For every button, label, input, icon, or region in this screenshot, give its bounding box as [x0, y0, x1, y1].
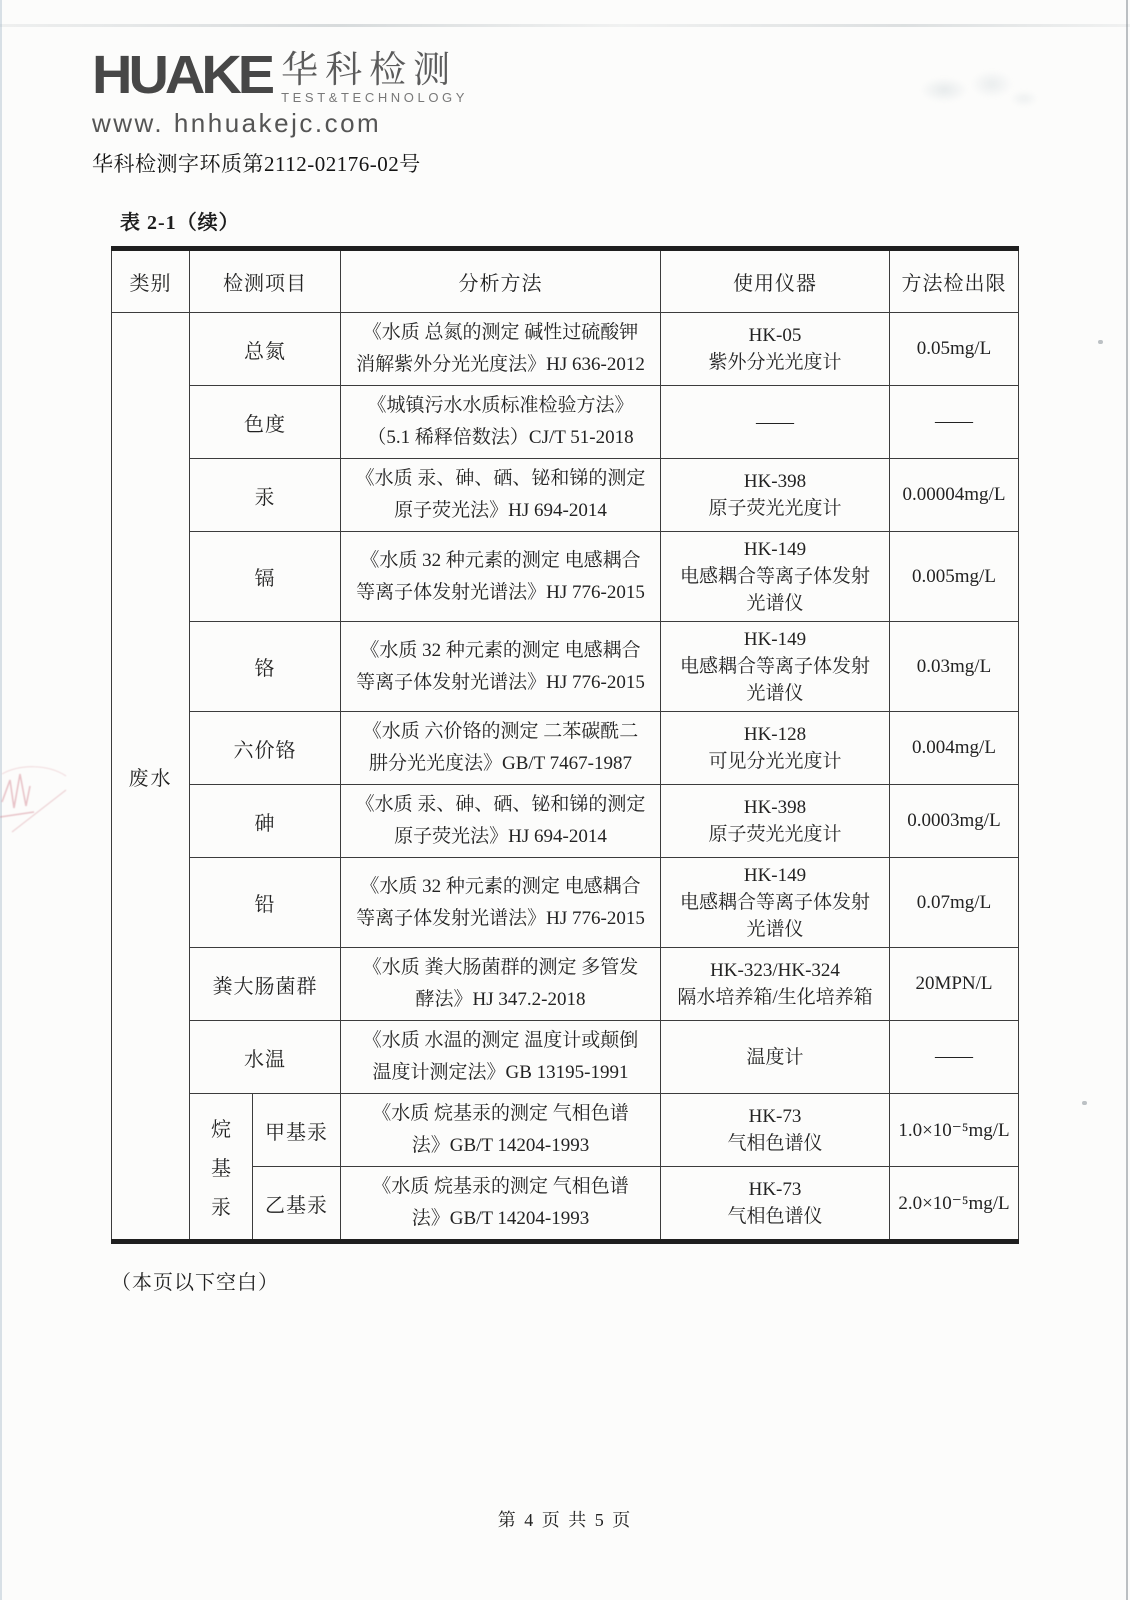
limit-cell: 0.00004mg/L — [890, 459, 1019, 532]
instrument-cell: HK-149电感耦合等离子体发射光谱仪 — [661, 622, 890, 712]
red-stamp-bleed-strokes — [0, 762, 70, 842]
item-cell: 总氮 — [190, 313, 341, 386]
item-cell: 色度 — [190, 386, 341, 459]
table-row: 六价铬《水质 六价铬的测定 二苯碳酰二肼分光光度法》GB/T 7467-1987… — [112, 712, 1019, 785]
header-category: 类别 — [112, 249, 190, 313]
method-cell: 《水质 总氮的测定 碱性过硫酸钾消解紫外分光光度法》HJ 636-2012 — [341, 313, 661, 386]
method-cell: 《水质 烷基汞的测定 气相色谱法》GB/T 14204-1993 — [341, 1094, 661, 1167]
item-cell: 砷 — [190, 785, 341, 858]
method-cell: 《水质 32 种元素的测定 电感耦合等离子体发射光谱法》HJ 776-2015 — [341, 858, 661, 948]
red-stamp-bleed-mark — [0, 762, 70, 842]
table-row: 铅《水质 32 种元素的测定 电感耦合等离子体发射光谱法》HJ 776-2015… — [112, 858, 1019, 948]
limit-cell: 0.05mg/L — [890, 313, 1019, 386]
limit-cell: 2.0×10⁻⁵mg/L — [890, 1167, 1019, 1242]
scan-streak-top — [0, 24, 1130, 27]
lab-table-body: 废水总氮《水质 总氮的测定 碱性过硫酸钾消解紫外分光光度法》HJ 636-201… — [112, 313, 1019, 1242]
table-row: 烷基汞甲基汞《水质 烷基汞的测定 气相色谱法》GB/T 14204-1993HK… — [112, 1094, 1019, 1167]
limit-cell: 0.03mg/L — [890, 622, 1019, 712]
item-cell: 六价铬 — [190, 712, 341, 785]
item-cell: 汞 — [190, 459, 341, 532]
method-cell: 《水质 32 种元素的测定 电感耦合等离子体发射光谱法》HJ 776-2015 — [341, 622, 661, 712]
limit-cell: 0.0003mg/L — [890, 785, 1019, 858]
item-cell: 镉 — [190, 532, 341, 622]
logo-website: www. hnhuakejc.com — [92, 108, 468, 139]
limit-cell: —— — [890, 1021, 1019, 1094]
scan-edge-right — [1126, 0, 1128, 1600]
instrument-cell: HK-73气相色谱仪 — [661, 1094, 890, 1167]
logo-wordmark: HUAKE — [92, 51, 271, 99]
item-cell: 铬 — [190, 622, 341, 712]
instrument-cell: HK-323/HK-324隔水培养箱/生化培养箱 — [661, 948, 890, 1021]
instrument-cell: HK-398原子荧光光度计 — [661, 785, 890, 858]
alkyl-group-cell: 烷基汞 — [190, 1094, 253, 1242]
header-analysis-method: 分析方法 — [341, 249, 661, 313]
scan-speck — [1082, 1101, 1087, 1105]
limit-cell: 0.005mg/L — [890, 532, 1019, 622]
limit-cell: 1.0×10⁻⁵mg/L — [890, 1094, 1019, 1167]
instrument-cell: HK-149电感耦合等离子体发射光谱仪 — [661, 532, 890, 622]
header-instrument: 使用仪器 — [661, 249, 890, 313]
method-cell: 《水质 32 种元素的测定 电感耦合等离子体发射光谱法》HJ 776-2015 — [341, 532, 661, 622]
instrument-cell: HK-73气相色谱仪 — [661, 1167, 890, 1242]
logo-chinese-name: 华科检测 — [281, 52, 468, 89]
instrument-cell: 温度计 — [661, 1021, 890, 1094]
header-test-item: 检测项目 — [190, 249, 341, 313]
page-number: 第 4 页 共 5 页 — [0, 1506, 1130, 1532]
table-row: 色度《城镇污水水质标准检验方法》（5.1 稀释倍数法）CJ/T 51-2018—… — [112, 386, 1019, 459]
table-title: 表 2-1（续） — [120, 206, 1032, 235]
page-content: HUAKE 华科检测 TEST&TECHNOLOGY www. hnhuakej… — [92, 50, 1032, 1295]
table-row: 水温《水质 水温的测定 温度计或颠倒温度计测定法》GB 13195-1991温度… — [112, 1021, 1019, 1094]
item-cell: 乙基汞 — [253, 1167, 341, 1242]
item-cell: 甲基汞 — [253, 1094, 341, 1167]
table-header-row: 类别 检测项目 分析方法 使用仪器 方法检出限 — [112, 249, 1019, 313]
method-cell: 《水质 汞、砷、硒、铋和锑的测定原子荧光法》HJ 694-2014 — [341, 785, 661, 858]
item-cell: 铅 — [190, 858, 341, 948]
alkyl-group-label: 烷基汞 — [194, 1103, 248, 1231]
table-row: 镉《水质 32 种元素的测定 电感耦合等离子体发射光谱法》HJ 776-2015… — [112, 532, 1019, 622]
table-row: 汞《水质 汞、砷、硒、铋和锑的测定原子荧光法》HJ 694-2014HK-398… — [112, 459, 1019, 532]
limit-cell: 0.07mg/L — [890, 858, 1019, 948]
test-items-table: 类别 检测项目 分析方法 使用仪器 方法检出限 废水总氮《水质 总氮的测定 碱性… — [111, 246, 1019, 1244]
method-cell: 《城镇污水水质标准检验方法》（5.1 稀释倍数法）CJ/T 51-2018 — [341, 386, 661, 459]
method-cell: 《水质 六价铬的测定 二苯碳酰二肼分光光度法》GB/T 7467-1987 — [341, 712, 661, 785]
category-cell: 废水 — [112, 313, 190, 1242]
item-cell: 水温 — [190, 1021, 341, 1094]
header-detection-limit: 方法检出限 — [890, 249, 1019, 313]
instrument-cell: —— — [661, 386, 890, 459]
document-number: 华科检测字环质第2112-02176-02号 — [92, 148, 1032, 178]
table-row: 砷《水质 汞、砷、硒、铋和锑的测定原子荧光法》HJ 694-2014HK-398… — [112, 785, 1019, 858]
method-cell: 《水质 水温的测定 温度计或颠倒温度计测定法》GB 13195-1991 — [341, 1021, 661, 1094]
instrument-cell: HK-149电感耦合等离子体发射光谱仪 — [661, 858, 890, 948]
table-row: 废水总氮《水质 总氮的测定 碱性过硫酸钾消解紫外分光光度法》HJ 636-201… — [112, 313, 1019, 386]
instrument-cell: HK-128可见分光光度计 — [661, 712, 890, 785]
logo-tagline: TEST&TECHNOLOGY — [281, 90, 468, 105]
table-row: 粪大肠菌群《水质 粪大肠菌群的测定 多管发酵法》HJ 347.2-2018HK-… — [112, 948, 1019, 1021]
method-cell: 《水质 烷基汞的测定 气相色谱法》GB/T 14204-1993 — [341, 1167, 661, 1242]
limit-cell: 0.004mg/L — [890, 712, 1019, 785]
item-cell: 粪大肠菌群 — [190, 948, 341, 1021]
table-row: 铬《水质 32 种元素的测定 电感耦合等离子体发射光谱法》HJ 776-2015… — [112, 622, 1019, 712]
limit-cell: —— — [890, 386, 1019, 459]
company-logo: HUAKE 华科检测 TEST&TECHNOLOGY www. hnhuakej… — [92, 50, 468, 139]
blank-below-note: （本页以下空白） — [111, 1266, 1032, 1295]
limit-cell: 20MPN/L — [890, 948, 1019, 1021]
scan-speck — [1098, 340, 1103, 344]
scan-edge-left — [0, 0, 2, 1600]
method-cell: 《水质 粪大肠菌群的测定 多管发酵法》HJ 347.2-2018 — [341, 948, 661, 1021]
method-cell: 《水质 汞、砷、硒、铋和锑的测定原子荧光法》HJ 694-2014 — [341, 459, 661, 532]
instrument-cell: HK-398原子荧光光度计 — [661, 459, 890, 532]
instrument-cell: HK-05紫外分光光度计 — [661, 313, 890, 386]
